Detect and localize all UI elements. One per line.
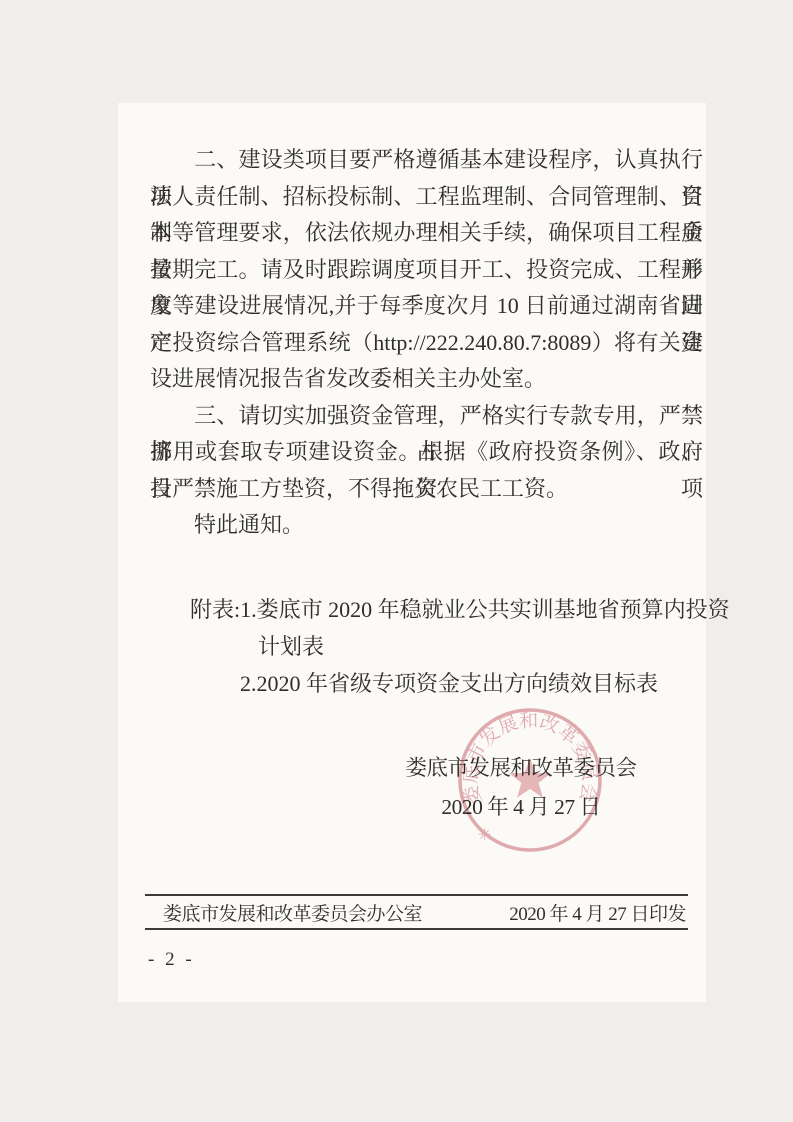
official-red-seal: 娄底市发展和改革委员会 ✳ [448, 698, 612, 862]
footer-office-name: 娄底市发展和改革委员会办公室 [145, 899, 422, 926]
attachment-line-3: 2.2020 年省级专项资金支出方向绩效目标表 [150, 666, 703, 703]
page-number: - 2 - [148, 949, 195, 971]
document-text-line: 二、建设类项目要严格遵循基本建设程序，认真执行项目 [150, 142, 703, 179]
document-text-line: 按期完工。请及时跟踪调度项目开工、投资完成、工程形象进 [150, 252, 703, 289]
svg-text:娄底市发展和改革委员会: 娄底市发展和改革委员会 [459, 710, 601, 807]
footer-colophon: 娄底市发展和改革委员会办公室 2020 年 4 月 27 日印发 [145, 894, 688, 930]
document-text-line: 法人责任制、招标投标制、工程监理制、合同管理制、资本金 [150, 179, 703, 216]
seal-ring-text: 娄底市发展和改革委员会 [459, 710, 601, 807]
seal-anti-forgery-mark: ✳ [478, 827, 491, 844]
document-text-line: 制等管理要求，依法依规办理相关手续，确保项目工程质量并 [150, 215, 703, 252]
attachment-line-2: 计划表 [150, 629, 703, 666]
document-text-line: 设进展情况报告省发改委相关主办处室。 [150, 361, 703, 398]
document-text-line: 三、请切实加强资金管理，严格实行专款专用，严禁挤占、 [150, 398, 703, 435]
footer-print-date: 2020 年 4 月 27 日印发 [509, 899, 688, 926]
document-page: 二、建设类项目要严格遵循基本建设程序，认真执行项目法人责任制、招标投标制、工程监… [118, 103, 706, 1002]
attachment-line-1: 附表:1.娄底市 2020 年稳就业公共实训基地省预算内投资 [150, 592, 703, 629]
seal-star-icon [509, 758, 551, 798]
attachment-list: 附表:1.娄底市 2020 年稳就业公共实训基地省预算内投资 计划表 2.202… [150, 592, 703, 702]
document-text-line: 产投资综合管理系统（http://222.240.80.7:8089）将有关建 [150, 325, 703, 362]
document-text-line: 挪用或套取专项建设资金。根据《政府投资条例》、政府投资项 [150, 434, 703, 471]
document-text-line: 特此通知。 [150, 507, 703, 544]
scanned-document-canvas: 二、建设类项目要严格遵循基本建设程序，认真执行项目法人责任制、招标投标制、工程监… [0, 0, 793, 1122]
document-body: 二、建设类项目要严格遵循基本建设程序，认真执行项目法人责任制、招标投标制、工程监… [150, 142, 703, 544]
document-text-line: 度等建设进展情况,并于每季度次月 10 日前通过湖南省固定资 [150, 288, 703, 325]
